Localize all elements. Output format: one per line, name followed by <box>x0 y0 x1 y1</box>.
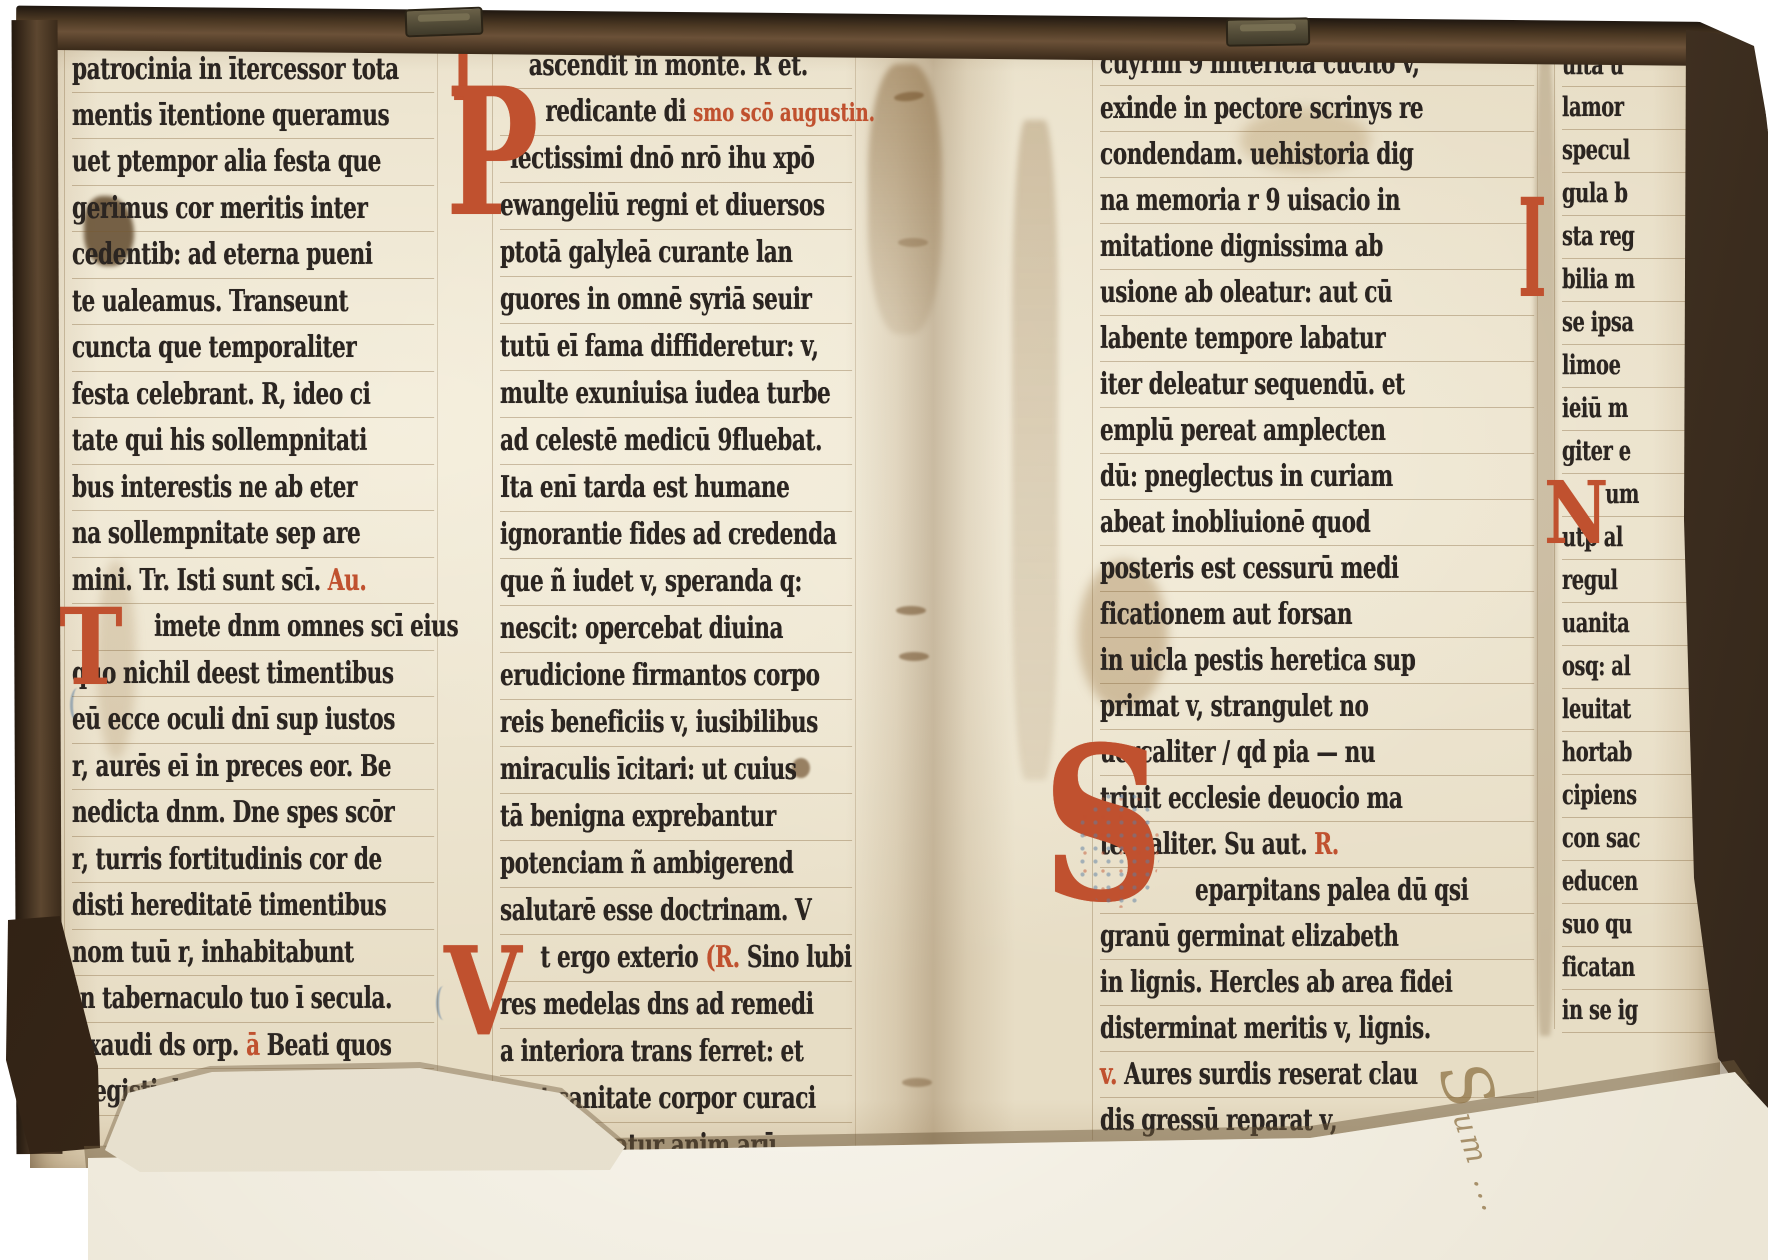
text-segment: festa celebrant. R, ideo ci <box>72 377 370 412</box>
text-segment: Beati quos <box>267 1028 392 1063</box>
text-segment: condendam. uehistoria dig <box>1100 137 1413 172</box>
text-segment: tutū eī fama diffideretur: v, <box>500 329 818 364</box>
text-segment: tā benigna exprebantur <box>500 799 776 834</box>
text-line: nom tuū r, inhabitabunt <box>72 930 434 977</box>
text-segment: nom tuū r, inhabitabunt <box>72 935 354 970</box>
text-segment: ieiū m <box>1562 393 1628 424</box>
text-segment: potenciam ñ ambigerend <box>500 846 793 881</box>
text-segment: hortab <box>1562 737 1632 768</box>
text-line: gerimus cor meritis inter <box>72 186 434 233</box>
text-line: Ita enī tarda est humane <box>500 465 852 512</box>
text-segment: sta reg <box>1562 221 1634 252</box>
text-segment: Au. <box>328 563 367 598</box>
text-line: ignorantie fides ad credenda <box>500 512 852 559</box>
text-segment: in uicla pestis heretica sup <box>1100 643 1415 678</box>
text-segment: reis beneficiis v, iusibilibus <box>500 705 818 740</box>
text-line: quo nichil deest timentibus <box>72 651 434 698</box>
text-segment: osq: al <box>1562 651 1630 682</box>
text-line: nedicta dnm. Dne spes scōr <box>72 790 434 837</box>
text-segment: na memoria r 9 uisacio in <box>1100 183 1400 218</box>
text-line: tā benigna exprebantur <box>500 794 852 841</box>
text-line: a interiora trans ferret: et <box>500 1029 852 1076</box>
text-segment: gerimus cor meritis inter <box>72 191 367 226</box>
text-line: imete dnm omnes scī eius <box>72 604 434 651</box>
text-line: in lignis. Hercles ab area fidei <box>1100 960 1534 1006</box>
text-line: iter deleatur sequendū. et <box>1100 362 1534 408</box>
metal-clasp-fitting <box>405 7 484 38</box>
text-line: que ñ iudet v, speranda q: <box>500 559 852 606</box>
text-segment: (R. <box>705 940 739 975</box>
text-segment: gula b <box>1562 178 1627 209</box>
text-segment: tate qui his sollempnitati <box>72 423 367 458</box>
drop-cap-N: N <box>1544 480 1608 547</box>
text-segment: cipiens <box>1562 780 1637 811</box>
text-line: ternaliter. Su aut. R. <box>1100 822 1534 868</box>
text-segment: v. <box>1100 1057 1124 1092</box>
text-segment: na sollempnitate sep are <box>72 516 360 551</box>
text-segment: eparpitans palea dū qsi <box>1195 873 1468 908</box>
text-segment: a interiora trans ferret: et <box>500 1034 803 1069</box>
text-segment: se ipsa <box>1562 307 1634 338</box>
text-segment: in tabernaculo tuo ī secula. <box>72 981 392 1016</box>
sewing-mark <box>898 238 928 247</box>
text-segment: salutarē esse doctrinam. V <box>500 893 811 928</box>
text-segment: regul <box>1562 565 1618 596</box>
drop-cap-P: P <box>446 84 539 221</box>
text-segment: ad celestē medicū 9fluebat. <box>500 423 822 458</box>
text-line: res medelas dns ad remedi <box>500 982 852 1029</box>
text-line: multe exuniuisa iudea turbe <box>500 371 852 418</box>
text-segment: con sac <box>1562 823 1640 854</box>
initial-filigree-decoration <box>1076 790 1160 908</box>
text-line: disti hereditatē timentibus <box>72 883 434 930</box>
text-segment: Aures surdis reserat clau <box>1124 1057 1418 1092</box>
text-segment: multe exuniuisa iudea turbe <box>500 376 830 411</box>
text-segment: patrocinia in ītercessor tota <box>72 52 399 87</box>
text-line: mitatione dignissima ab <box>1100 224 1534 270</box>
text-segment: nescit: opercebat diuina <box>500 611 783 646</box>
text-line: te ualeamus. Transeunt <box>72 279 434 326</box>
text-line: mentis ītentione queramus <box>72 93 434 140</box>
text-segment: ficationem aut forsan <box>1100 597 1352 632</box>
text-line: r, turris fortitudinis cor de <box>72 837 434 884</box>
text-line: in uicla pestis heretica sup <box>1100 638 1534 684</box>
text-segment: in se ig <box>1562 995 1638 1026</box>
text-line: t ergo exterio (R. Sino lubi <box>500 935 852 982</box>
text-line: reis beneficiis v, iusibilibus <box>500 700 852 747</box>
sewing-mark <box>896 606 926 615</box>
text-line: erudicione firmantos corpo <box>500 653 852 700</box>
text-segment: mentis ītentione queramus <box>72 98 389 133</box>
text-segment: bilia m <box>1562 264 1635 295</box>
text-line: na sollempnitate sep are <box>72 511 434 558</box>
text-segment: disti hereditatē timentibus <box>72 888 386 923</box>
text-line: condendam. uehistoria dig <box>1100 132 1534 178</box>
text-segment: um <box>1605 479 1639 510</box>
text-line: cuncta que temporaliter <box>72 325 434 372</box>
text-line: uet ptempor alia festa que <box>72 139 434 186</box>
text-line: cedentib: ad eterna pueni <box>72 232 434 279</box>
text-segment: ewangeliū regni et diuersos <box>500 188 825 223</box>
sewing-mark <box>899 652 929 661</box>
text-segment: limoe <box>1562 350 1621 381</box>
text-segment: lamor <box>1562 92 1624 123</box>
text-segment: leuitat <box>1562 694 1631 725</box>
text-line: dū: pneglectus in curiam <box>1100 454 1534 500</box>
text-segment: r, aurēs eī in preces eor. Be <box>72 749 391 784</box>
text-line: granū germinat elizabeth <box>1100 914 1534 960</box>
text-segment: specul <box>1562 135 1630 166</box>
text-segment: educen <box>1562 866 1638 897</box>
text-segment: mitatione dignissima ab <box>1100 229 1383 264</box>
text-segment: guores in omnē syriā seuir <box>500 282 811 317</box>
text-segment: emplū pereat amplecten <box>1100 413 1386 448</box>
text-segment: imete dnm omnes scī eius <box>154 609 458 644</box>
text-segment: Sino lubi <box>740 940 852 975</box>
sewing-mark <box>902 1078 932 1087</box>
text-segment: t ergo exterio <box>540 940 705 975</box>
text-line: triuit ecclesie deuocio ma <box>1100 776 1534 822</box>
text-line: salutarē esse doctrinam. V <box>500 888 852 935</box>
text-segment: R. <box>1314 827 1339 862</box>
text-line: mini. Tr. Isti sunt scī. Au. <box>72 558 434 605</box>
text-segment: uanita <box>1562 608 1629 639</box>
text-line: ficationem aut forsan <box>1100 592 1534 638</box>
text-segment: ā <box>246 1028 267 1063</box>
text-line: tutū eī fama diffideretur: v, <box>500 324 852 371</box>
text-line: lectissimi dnō nrō ihu xpō <box>500 136 852 183</box>
text-segment: in lignis. Hercles ab area fidei <box>1100 965 1452 1000</box>
text-segment: que ñ iudet v, speranda q: <box>500 564 802 599</box>
text-segment: cedentib: ad eterna pueni <box>72 237 373 272</box>
text-line: eparpitans palea dū qsi <box>1100 868 1534 914</box>
center-gutter-fold <box>845 26 1015 1168</box>
text-segment: posteris est cessurū medi <box>1100 551 1399 586</box>
text-line: exinde in pectore scrinys re <box>1100 86 1534 132</box>
text-segment: iter deleatur sequendū. et <box>1100 367 1405 402</box>
text-line: tate qui his sollempnitati <box>72 418 434 465</box>
text-line: festa celebrant. R, ideo ci <box>72 372 434 419</box>
text-segment: Ita enī tarda est humane <box>500 470 789 505</box>
text-segment: smo scō augustin. <box>693 98 875 127</box>
text-segment: Exaudi ds orp. <box>72 1028 246 1063</box>
margin-initial-I: I <box>1518 196 1547 302</box>
left-page-second-column: ascendit in monte. R et.redicante di smo… <box>500 42 852 1170</box>
text-line: ewangeliū regni et diuersos <box>500 183 852 230</box>
drop-cap-V: V <box>444 944 522 1039</box>
text-segment: nedicta dnm. Dne spes scōr <box>72 795 394 830</box>
text-segment: labente tempore labatur <box>1100 321 1385 356</box>
right-page-text-column: cuyrim 9 mitericia cucito v,exinde in pe… <box>1100 40 1534 1144</box>
text-segment: erudicione firmantos corpo <box>500 658 820 693</box>
text-line: ptotā galyleā curante lan <box>500 230 852 277</box>
text-segment: dū: pneglectus in curiam <box>1100 459 1393 494</box>
text-line: eū ecce oculi dnī sup iustos <box>72 697 434 744</box>
text-line: usione ab oleatur: aut cū <box>1100 270 1534 316</box>
left-page-text-column: patrocinia in ītercessor totamentis īten… <box>72 46 434 1116</box>
text-line: disterminat meritis v, lignis. <box>1100 1006 1534 1052</box>
text-line: abeat inobliuionē quod <box>1100 500 1534 546</box>
text-segment: cuncta que temporaliter <box>72 330 356 365</box>
text-line: nescit: opercebat diuina <box>500 606 852 653</box>
text-line: redicante di smo scō augustin. <box>500 89 852 136</box>
metal-clasp-fitting <box>1226 17 1310 46</box>
text-segment: usione ab oleatur: aut cū <box>1100 275 1392 310</box>
text-segment: abeat inobliuionē quod <box>1100 505 1370 540</box>
text-segment: suo qu <box>1562 909 1632 940</box>
text-segment: ficatan <box>1562 952 1635 983</box>
text-line: labente tempore labatur <box>1100 316 1534 362</box>
text-line: primat v, strangulet no <box>1100 684 1534 730</box>
text-segment: miraculis īcitari: ut cuius <box>500 752 796 787</box>
text-line: bus interestis ne ab eter <box>72 465 434 512</box>
text-line: potenciam ñ ambigerend <box>500 841 852 888</box>
text-segment: ptotā galyleā curante lan <box>500 235 793 270</box>
text-segment: ignorantie fides ad credenda <box>500 517 836 552</box>
text-segment: disterminat meritis v, lignis. <box>1100 1011 1431 1046</box>
text-segment: exinde in pectore scrinys re <box>1100 91 1423 126</box>
text-segment: uet ptempor alia festa que <box>72 144 381 179</box>
text-line: uercaliter / qd pia — nu <box>1100 730 1534 776</box>
manuscript-photo: patrocinia in ītercessor totamentis īten… <box>0 0 1768 1260</box>
text-segment: te ualeamus. Transeunt <box>72 284 348 319</box>
text-segment: r, turris fortitudinis cor de <box>72 842 382 877</box>
text-line: r, aurēs eī in preces eor. Be <box>72 744 434 791</box>
text-segment: res medelas dns ad remedi <box>500 987 813 1022</box>
text-line: in tabernaculo tuo ī secula. <box>72 976 434 1023</box>
text-segment: lectissimi dnō nrō ihu xpō <box>510 141 814 176</box>
text-line: ad celestē medicū 9fluebat. <box>500 418 852 465</box>
drop-cap-T: T <box>58 606 123 689</box>
text-line: posteris est cessurū medi <box>1100 546 1534 592</box>
text-line: emplū pereat amplecten <box>1100 408 1534 454</box>
text-line: Exaudi ds orp. ā Beati quos <box>72 1023 434 1070</box>
text-line: miraculis īcitari: ut cuius <box>500 747 852 794</box>
text-segment: bus interestis ne ab eter <box>72 470 357 505</box>
text-segment: redicante di <box>545 94 693 129</box>
text-line: guores in omnē syriā seuir <box>500 277 852 324</box>
text-line: na memoria r 9 uisacio in <box>1100 178 1534 224</box>
